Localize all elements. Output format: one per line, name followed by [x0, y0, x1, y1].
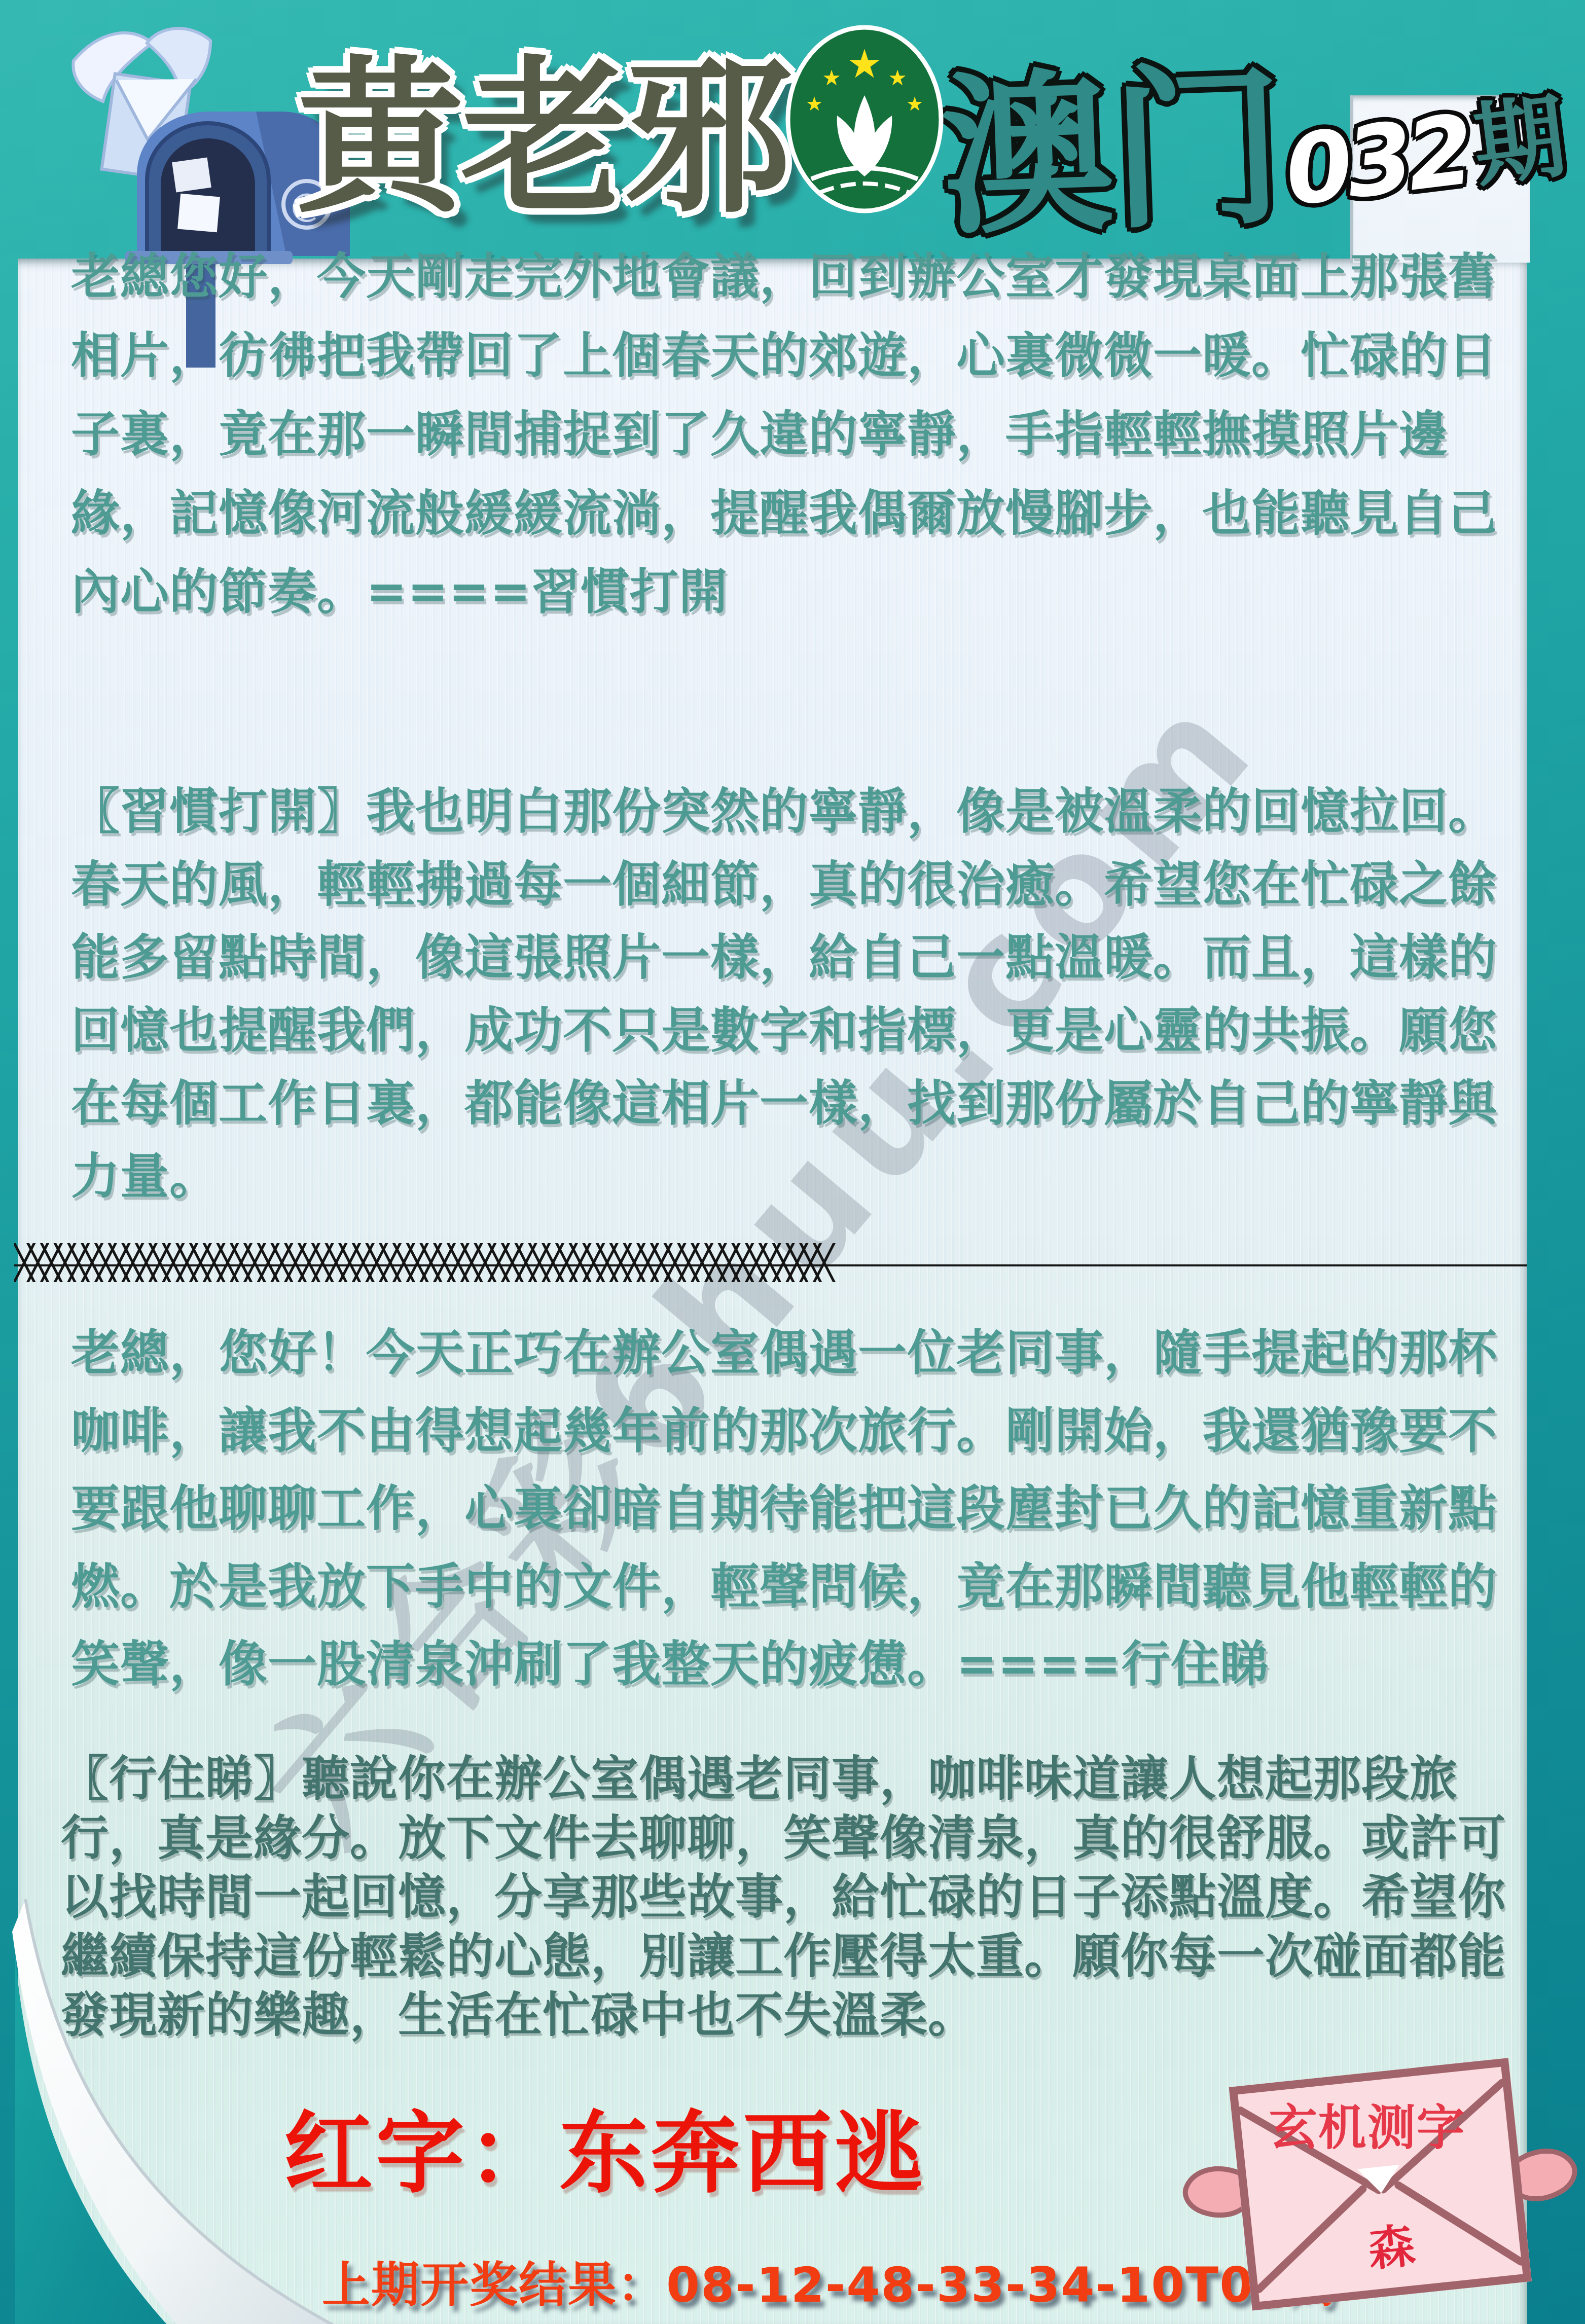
svg-text:★: ★ [822, 65, 841, 90]
svg-text:★: ★ [806, 93, 823, 115]
issue-number: 032 [1279, 94, 1474, 228]
svg-text:★: ★ [847, 42, 882, 87]
svg-text:★: ★ [888, 65, 907, 90]
chain-divider-line [14, 1264, 1527, 1266]
previous-draw-result: 上期开奖结果：08-12-48-33-34-10T09鸡 [322, 2247, 1338, 2316]
letter-paragraph-2: 老總，您好！今天正巧在辦公室偶遇一位老同事，隨手提起的那杯咖啡，讓我不由得想起幾… [71, 1314, 1536, 1703]
macau-emblem-icon: ★ ★ ★ ★ ★ [785, 24, 945, 216]
lottery-poster: 六合彩6huu.com @ [0, 0, 1585, 2324]
region-title: 澳门 [936, 8, 1286, 267]
letter-paragraph-1: 老總您好，今天剛走完外地會議，回到辦公室才發現桌面上那張舊相片，彷彿把我帶回了上… [71, 237, 1536, 632]
envelope-notch [1357, 2165, 1402, 2195]
reply-paragraph-1: 〖習慣打開〗我也明白那份突然的寧靜，像是被溫柔的回憶拉回。春天的風，輕輕拂過每一… [71, 775, 1536, 1213]
page-title: 黄老邪 [297, 4, 789, 244]
svg-text:★: ★ [906, 93, 923, 115]
mystery-envelope: 玄机测字 森 [1217, 2029, 1541, 2318]
issue-suffix: 期 [1465, 63, 1572, 204]
chain-divider: ╳╳╳╳╳╳╳╳╳╳╳╳╳╳╳╳╳╳╳╳╳╳╳╳╳╳╳╳╳╳╳╳╳╳╳╳╳╳╳╳… [14, 1243, 1530, 1290]
envelope-seal-character: 森 [1364, 2208, 1418, 2280]
red-word-hint: 红字：东奔西逃 [284, 2083, 926, 2210]
envelope-title: 玄机测字 [1269, 2090, 1466, 2159]
